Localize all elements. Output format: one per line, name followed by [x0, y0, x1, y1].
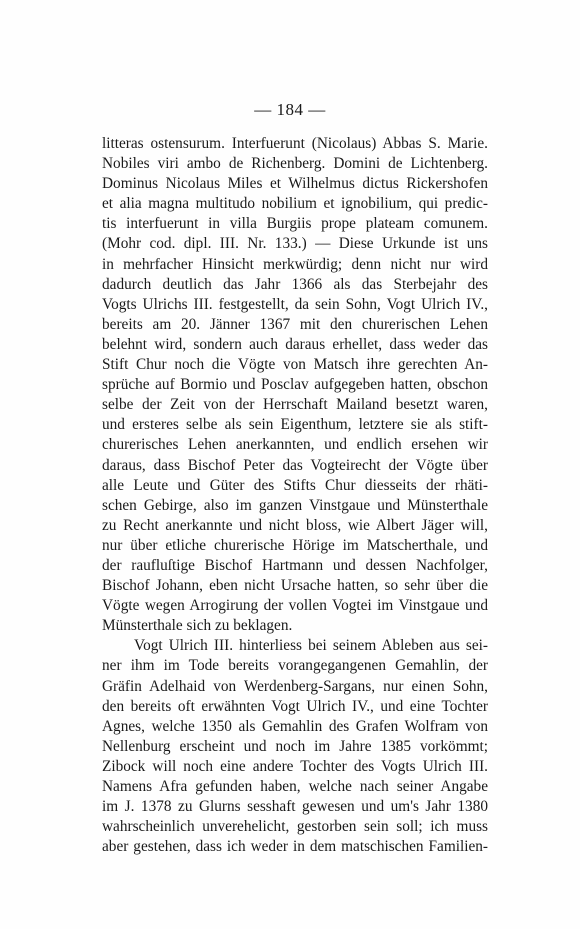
text-line: Gräfin Adelhaid von Werdenberg-Sargans, … [102, 677, 488, 697]
text-line: schen Gebirge, also im ganzen Vinstgaue … [102, 496, 488, 516]
text-line: Namens Afra gefunden haben, welche nach … [102, 777, 488, 797]
text-line: Nellenburg erscheint und noch im Jahre 1… [102, 737, 488, 757]
book-page: — 184 — litteras ostensurum. Interfuerun… [0, 0, 580, 929]
text-line: zu Recht anerkannte und nicht bloss, wie… [102, 516, 488, 536]
text-line: (Mohr cod. dipl. III. Nr. 133.) — Diese … [102, 234, 488, 254]
text-line: Vogts Ulrichs III. festgestellt, da sein… [102, 295, 488, 315]
text-line: der raufluſtige Bischof Hartmann und des… [102, 556, 488, 576]
text-line: Vögte wegen Arrogirung der vollen Vogtei… [102, 596, 488, 616]
text-line: Nobiles viri ambo de Richenberg. Domini … [102, 154, 488, 174]
text-line: Agnes, welche 1350 als Gemahlin des Graf… [102, 717, 488, 737]
text-line: et alia magna multitudo nobilium et igno… [102, 194, 488, 214]
text-line: den bereits oft erwähnten Vogt Ulrich IV… [102, 697, 488, 717]
text-line: nur über etliche churerische Hörige im M… [102, 536, 488, 556]
text-line: und ersteres selbe als sein Eigenthum, l… [102, 415, 488, 435]
text-line: in mehrfacher Hinsicht merkwürdig; denn … [102, 255, 488, 275]
text-line: selbe der Zeit von der Herrschaft Mailan… [102, 395, 488, 415]
paragraph-1: litteras ostensurum. Interfuerunt (Nicol… [102, 134, 488, 636]
text-line: tis interfuerunt in villa Burgiis prope … [102, 214, 488, 234]
text-line: Dominus Nicolaus Miles et Wilhelmus dict… [102, 174, 488, 194]
text-line: daraus, dass Bischof Peter das Vogteirec… [102, 456, 488, 476]
text-line: litteras ostensurum. Interfuerunt (Nicol… [102, 134, 488, 154]
text-line: aber gestehen, dass ich weder in dem mat… [102, 837, 488, 857]
text-line: alle Leute und Güter des Stifts Chur die… [102, 476, 488, 496]
text-line: Bischof Johann, eben nicht Ursache hatte… [102, 576, 488, 596]
text-line: wahrscheinlich unverehelicht, gestorben … [102, 817, 488, 837]
text-line: belehnt wird, sondern auch daraus erhell… [102, 335, 488, 355]
text-line: im J. 1378 zu Glurns sesshaft gewesen un… [102, 797, 488, 817]
text-line: dadurch deutlich das Jahr 1366 als das S… [102, 275, 488, 295]
text-line: ner ihm im Tode bereits vorangegangenen … [102, 656, 488, 676]
text-line: Münsterthale sich zu beklagen. [102, 616, 488, 636]
page-number: — 184 — [0, 100, 580, 120]
text-line: churerisches Lehen anerkannten, und endl… [102, 435, 488, 455]
text-line: Zibock will noch eine andere Tochter des… [102, 757, 488, 777]
text-line: sprüche auf Bormio und Posclav aufgegebe… [102, 375, 488, 395]
text-line: bereits am 20. Jänner 1367 mit den chure… [102, 315, 488, 335]
text-line: Vogt Ulrich III. hinterliess bei seinem … [102, 636, 488, 656]
body-text: litteras ostensurum. Interfuerunt (Nicol… [102, 134, 488, 857]
text-line: Stift Chur noch die Vögte von Matsch ihr… [102, 355, 488, 375]
paragraph-2: Vogt Ulrich III. hinterliess bei seinem … [102, 636, 488, 857]
